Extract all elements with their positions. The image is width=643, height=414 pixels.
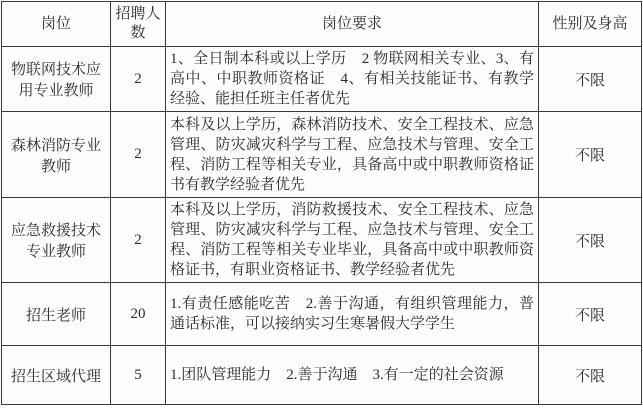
table-header-row: 岗位 招聘人数 岗位要求 性别及身高 bbox=[2, 2, 642, 47]
header-requirements: 岗位要求 bbox=[166, 2, 539, 47]
cell-position: 招生老师 bbox=[2, 283, 111, 346]
job-positions-table: 岗位 招聘人数 岗位要求 性别及身高 物联网技术应用专业教师 2 1、全日制本科… bbox=[1, 1, 642, 405]
cell-gender-height: 不限 bbox=[539, 112, 642, 198]
table-row-forest-fire-teacher: 森林消防专业教师 2 本科及以上学历，森林消防技术、安全工程技术、应急管理、防灾… bbox=[2, 112, 642, 198]
table-row-iot-teacher: 物联网技术应用专业教师 2 1、全日制本科或以上学历 2 物联网相关专业、3、有… bbox=[2, 47, 642, 112]
table-row-regional-agent: 招生区域代理 5 1.团队管理能力 2.善于沟通 3.有一定的社会资源 不限 bbox=[2, 346, 642, 405]
table-row-emergency-rescue-teacher: 应急救援技术专业教师 2 本科及以上学历，消防救援技术、安全工程技术、应急管理、… bbox=[2, 198, 642, 283]
cell-gender-height: 不限 bbox=[539, 283, 642, 346]
cell-requirements: 本科及以上学历，森林消防技术、安全工程技术、应急管理、防灾减灾科学与工程、应急技… bbox=[166, 112, 539, 198]
cell-position: 应急救援技术专业教师 bbox=[2, 198, 111, 283]
cell-count: 2 bbox=[111, 112, 166, 198]
header-position: 岗位 bbox=[2, 2, 111, 47]
cell-count: 5 bbox=[111, 346, 166, 405]
header-recruit-count: 招聘人数 bbox=[111, 2, 166, 47]
cell-gender-height: 不限 bbox=[539, 198, 642, 283]
cell-count: 2 bbox=[111, 47, 166, 112]
cell-count: 2 bbox=[111, 198, 166, 283]
table-row-admissions-teacher: 招生老师 20 1.有责任感能吃苦 2.善于沟通，有组织管理能力，普通话标准，可… bbox=[2, 283, 642, 346]
cell-position: 招生区域代理 bbox=[2, 346, 111, 405]
cell-position: 森林消防专业教师 bbox=[2, 112, 111, 198]
cell-count: 20 bbox=[111, 283, 166, 346]
cell-position: 物联网技术应用专业教师 bbox=[2, 47, 111, 112]
cell-requirements: 1.团队管理能力 2.善于沟通 3.有一定的社会资源 bbox=[166, 346, 539, 405]
header-gender-height: 性别及身高 bbox=[539, 2, 642, 47]
cell-gender-height: 不限 bbox=[539, 346, 642, 405]
cell-requirements: 1、全日制本科或以上学历 2 物联网相关专业、3、有高中、中职教师资格证 4、有… bbox=[166, 47, 539, 112]
cell-requirements: 本科及以上学历，消防救援技术、安全工程技术、应急管理、防灾减灾科学与工程、应急技… bbox=[166, 198, 539, 283]
cell-gender-height: 不限 bbox=[539, 47, 642, 112]
cell-requirements: 1.有责任感能吃苦 2.善于沟通，有组织管理能力，普通话标准，可以接纳实习生寒暑… bbox=[166, 283, 539, 346]
